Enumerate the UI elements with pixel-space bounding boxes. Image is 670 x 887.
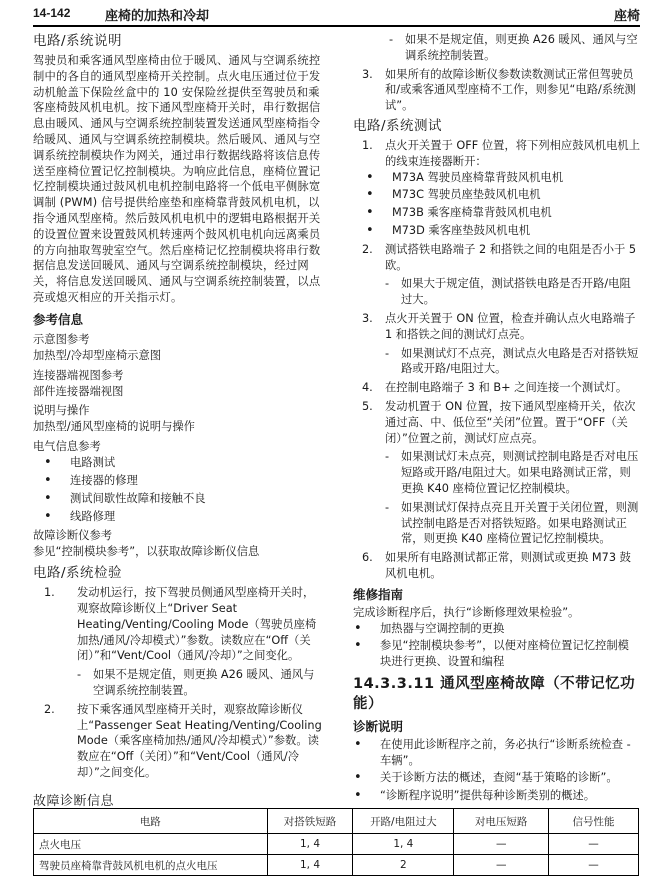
connector-item: M73C 驾驶员座垫鼓风机电机: [355, 187, 640, 203]
step-number: 2.: [362, 242, 373, 258]
testing-step: 3. 点火开关置于 ON 位置，检查并确认点火电路端子 1 和搭铁之间的测试灯点…: [353, 311, 640, 377]
electrical-reference-item[interactable]: 线路修理: [33, 509, 325, 525]
step-number: 2.: [44, 702, 55, 718]
table-row: 驾驶员座椅靠背鼓风机电机的点火电压 1, 4 2 — —: [34, 855, 639, 876]
column-header: 开路/电阻过大: [353, 809, 454, 834]
schematic-reference-heading: 示意图参考: [33, 332, 325, 348]
verification-steps-continued: 3. 如果所有的故障诊断仪参数读数测试正常但驾驶员和/或乘客通风型座椅不工作，则…: [353, 67, 640, 114]
step-sub-text: 如果测试灯保持点亮且开关置于关闭位置，则测试控制电路是否对搭铁短路。如果电路测试…: [385, 500, 640, 547]
connector-item: M73A 驾驶员座椅靠背鼓风机电机: [355, 170, 640, 186]
section-14-3-3-11-heading: 14.3.3.11 通风型座椅故障（不带记忆功能）: [353, 674, 640, 714]
step-text: 测试搭铁电路端子 2 和搭铁之间的电阻是否小于 5 欧。: [385, 242, 640, 274]
diagnostic-description-heading: 诊断说明: [353, 718, 640, 735]
step-sub-text: 如果大于规定值，测试搭铁电路是否开路/电阻过大。: [385, 276, 640, 308]
step-text: 点火开关置于 OFF 位置，将下列相应鼓风机电机上的线束连接器断开：: [385, 138, 640, 170]
verification-heading: 电路/系统检验: [33, 564, 325, 582]
table-cell: —: [549, 855, 639, 876]
step-sub-text: 如果测试灯不点亮，测试点火电路是否对搭铁短路或开路/电阻过大。: [385, 346, 640, 378]
step-sub-text: 如果测试灯未点亮，则测试控制电路是否对电压短路或开路/电阻过大。如果电路测试正常…: [385, 449, 640, 496]
electrical-reference-heading: 电气信息参考: [33, 439, 325, 455]
page-header: 14-142 座椅的加热和冷却 座椅: [33, 3, 640, 27]
step-sub-text: 如果不是规定值，则更换 A26 暖风、通风与空调系统控制装置。: [77, 667, 325, 699]
step-number: 4.: [362, 380, 373, 396]
column-header: 电路: [34, 809, 268, 834]
step-number: 1.: [362, 138, 373, 154]
circuit-description-heading: 电路/系统说明: [33, 32, 325, 50]
step-text: 点火开关置于 ON 位置，检查并确认点火电路端子 1 和搭铁之间的测试灯点亮。: [385, 311, 640, 343]
testing-step: 2. 测试搭铁电路端子 2 和搭铁之间的电阻是否小于 5 欧。 如果大于规定值，…: [353, 242, 640, 308]
right-column: 如果不是规定值，则更换 A26 暖风、通风与空调系统控制装置。 3. 如果所有的…: [353, 32, 640, 806]
diagnostic-item: 在使用此诊断程序之前，务必执行“诊断系统检查 - 车辆”。: [343, 737, 640, 769]
table-cell: 2: [353, 855, 454, 876]
scan-tool-reference-heading: 故障诊断仪参考: [33, 528, 325, 544]
circuit-description-body: 驾驶员和乘客通风型座椅由位于暖风、通风与空调系统控制中的各自的通风型座椅开关控制…: [33, 53, 325, 306]
step-text: 如果所有的故障诊断仪参数读数测试正常但驾驶员和/或乘客通风型座椅不工作，则参见“…: [385, 67, 640, 114]
repair-item[interactable]: 加热器与空调控制的更换: [343, 621, 640, 637]
chapter-title: 座椅的加热和冷却: [105, 5, 209, 24]
testing-step: 1. 点火开关置于 OFF 位置，将下列相应鼓风机电机上的线束连接器断开： M7…: [353, 138, 640, 239]
page-number: 14-142: [33, 6, 70, 20]
column-header: 对搭铁短路: [267, 809, 353, 834]
schematic-reference-link[interactable]: 加热型/冷却型座椅示意图: [33, 348, 325, 364]
column-header: 对电压短路: [454, 809, 549, 834]
diagnostic-item: “诊断程序说明”提供每种诊断类别的概述。: [343, 788, 640, 804]
connector-item: M73D 乘客座垫鼓风机电机: [355, 223, 640, 239]
step-number: 3.: [362, 311, 373, 327]
table-cell: 1, 4: [267, 855, 353, 876]
table-header-row: 电路 对搭铁短路 开路/电阻过大 对电压短路 信号性能: [34, 809, 639, 834]
left-column: 电路/系统说明 驾驶员和乘客通风型座椅由位于暖风、通风与空调系统控制中的各自的通…: [33, 32, 325, 784]
testing-step: 5. 发动机置于 ON 位置，按下通风型座椅开关，依次通过高、中、低位至“关闭”…: [353, 399, 640, 547]
step-number: 3.: [362, 67, 373, 83]
connector-item: M73B 乘客座椅靠背鼓风机电机: [355, 205, 640, 221]
operation-reference-heading: 说明与操作: [33, 403, 325, 419]
verification-step: 3. 如果所有的故障诊断仪参数读数测试正常但驾驶员和/或乘客通风型座椅不工作，则…: [353, 67, 640, 114]
step-text: 发动机运行，按下驾驶员侧通风型座椅开关时，观察故障诊断仪上“Driver Sea…: [77, 585, 325, 664]
section-name: 座椅: [614, 5, 640, 24]
repair-intro: 完成诊断程序后，执行“诊断修理效果检验”。: [353, 605, 640, 621]
diagnostic-info-table: 电路 对搭铁短路 开路/电阻过大 对电压短路 信号性能 点火电压 1, 4 1,…: [33, 808, 639, 876]
electrical-reference-item[interactable]: 电路测试: [33, 455, 325, 471]
verification-steps: 1. 发动机运行，按下驾驶员侧通风型座椅开关时，观察故障诊断仪上“Driver …: [33, 585, 325, 781]
operation-reference-link[interactable]: 加热型/通风型座椅的说明与操作: [33, 419, 325, 435]
step-text: 如果所有电路测试都正常，则测试或更换 M73 鼓风机电机。: [385, 550, 640, 582]
connector-reference-link[interactable]: 部件连接器端视图: [33, 384, 325, 400]
step-text: 按下乘客通风型座椅开关时，观察故障诊断仪上“Passenger Seat Hea…: [77, 702, 325, 781]
step-number: 6.: [362, 550, 373, 566]
testing-step: 4. 在控制电路端子 3 和 B+ 之间连接一个测试灯。: [353, 380, 640, 396]
table-cell: 点火电压: [34, 834, 268, 855]
table-cell: —: [549, 834, 639, 855]
scan-tool-reference-text: 参见“控制模块参考”，以获取故障诊断仪信息: [33, 544, 325, 560]
repair-list: 加热器与空调控制的更换 参见“控制模块参考”，以便对座椅位置记忆控制模块进行更换…: [343, 621, 640, 670]
step-text: 在控制电路端子 3 和 B+ 之间连接一个测试灯。: [385, 380, 640, 396]
diagnostic-item: 关于诊断方法的概述，查阅“基于策略的诊断”。: [343, 770, 640, 786]
electrical-reference-item[interactable]: 连接器的修理: [33, 473, 325, 489]
repair-item[interactable]: 参见“控制模块参考”，以便对座椅位置记忆控制模块进行更换、设置和编程: [343, 638, 640, 670]
diagnostic-description-list: 在使用此诊断程序之前，务必执行“诊断系统检查 - 车辆”。 关于诊断方法的概述，…: [343, 737, 640, 804]
step-sub-text: 如果不是规定值，则更换 A26 暖风、通风与空调系统控制装置。: [353, 32, 640, 64]
table-cell: 1, 4: [267, 834, 353, 855]
connector-reference-heading: 连接器端视图参考: [33, 368, 325, 384]
testing-steps: 1. 点火开关置于 OFF 位置，将下列相应鼓风机电机上的线束连接器断开： M7…: [353, 138, 640, 582]
connector-list: M73A 驾驶员座椅靠背鼓风机电机 M73C 驾驶员座垫鼓风机电机 M73B 乘…: [355, 170, 640, 239]
step-text: 发动机置于 ON 位置，按下通风型座椅开关，依次通过高、中、低位至“关闭”位置。…: [385, 399, 640, 446]
step-number: 1.: [44, 585, 55, 601]
testing-heading: 电路/系统测试: [353, 117, 640, 135]
table-row: 点火电压 1, 4 1, 4 — —: [34, 834, 639, 855]
table-cell: 1, 4: [353, 834, 454, 855]
step-number: 5.: [362, 399, 373, 415]
diagnostic-info-heading: 故障诊断信息: [33, 790, 114, 809]
electrical-reference-list: 电路测试 连接器的修理 测试间歇性故障和接触不良 线路修理: [33, 455, 325, 524]
table-cell: —: [454, 855, 549, 876]
verification-step: 2. 按下乘客通风型座椅开关时，观察故障诊断仪上“Passenger Seat …: [33, 702, 325, 781]
repair-heading: 维修指南: [353, 586, 640, 603]
table-cell: —: [454, 834, 549, 855]
electrical-reference-item[interactable]: 测试间歇性故障和接触不良: [33, 491, 325, 507]
reference-heading: 参考信息: [33, 311, 325, 328]
table-cell: 驾驶员座椅靠背鼓风机电机的点火电压: [34, 855, 268, 876]
verification-step: 1. 发动机运行，按下驾驶员侧通风型座椅开关时，观察故障诊断仪上“Driver …: [33, 585, 325, 699]
column-header: 信号性能: [549, 809, 639, 834]
testing-step: 6. 如果所有电路测试都正常，则测试或更换 M73 鼓风机电机。: [353, 550, 640, 582]
